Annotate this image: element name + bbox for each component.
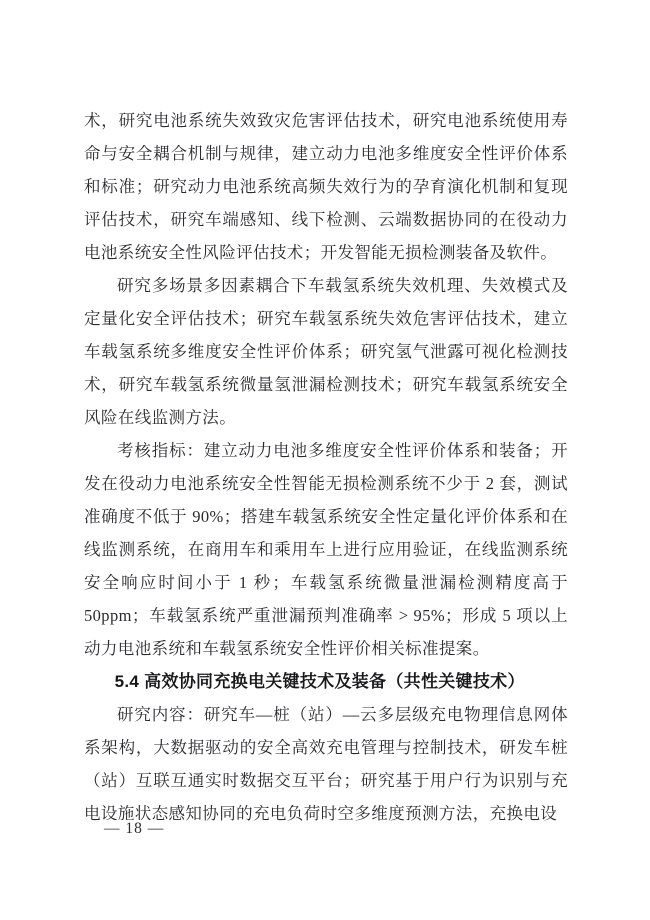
page-number: — 18 — — [102, 820, 166, 838]
document-body: 术，研究电池系统失效致灾危害评估技术，研究电池系统使用寿命与安全耦合机制与规律，… — [84, 104, 568, 830]
body-paragraph-battery-safety: 术，研究电池系统失效致灾危害评估技术，研究电池系统使用寿命与安全耦合机制与规律，… — [84, 104, 568, 269]
document-page: 术，研究电池系统失效致灾危害评估技术，研究电池系统使用寿命与安全耦合机制与规律，… — [0, 0, 650, 920]
body-paragraph-assessment-indicators: 考核指标：建立动力电池多维度安全性评价体系和装备；开发在役动力电池系统安全性智能… — [84, 434, 568, 665]
body-paragraph-hydrogen-system: 研究多场景多因素耦合下车载氢系统失效机理、失效模式及定量化安全评估技术；研究车载… — [84, 269, 568, 434]
body-paragraph-research-content: 研究内容：研究车—桩（站）—云多层级充电物理信息网体系架构，大数据驱动的安全高效… — [84, 698, 568, 830]
section-heading-5-4: 5.4 高效协同充换电关键技术及装备（共性关键技术） — [84, 665, 568, 698]
